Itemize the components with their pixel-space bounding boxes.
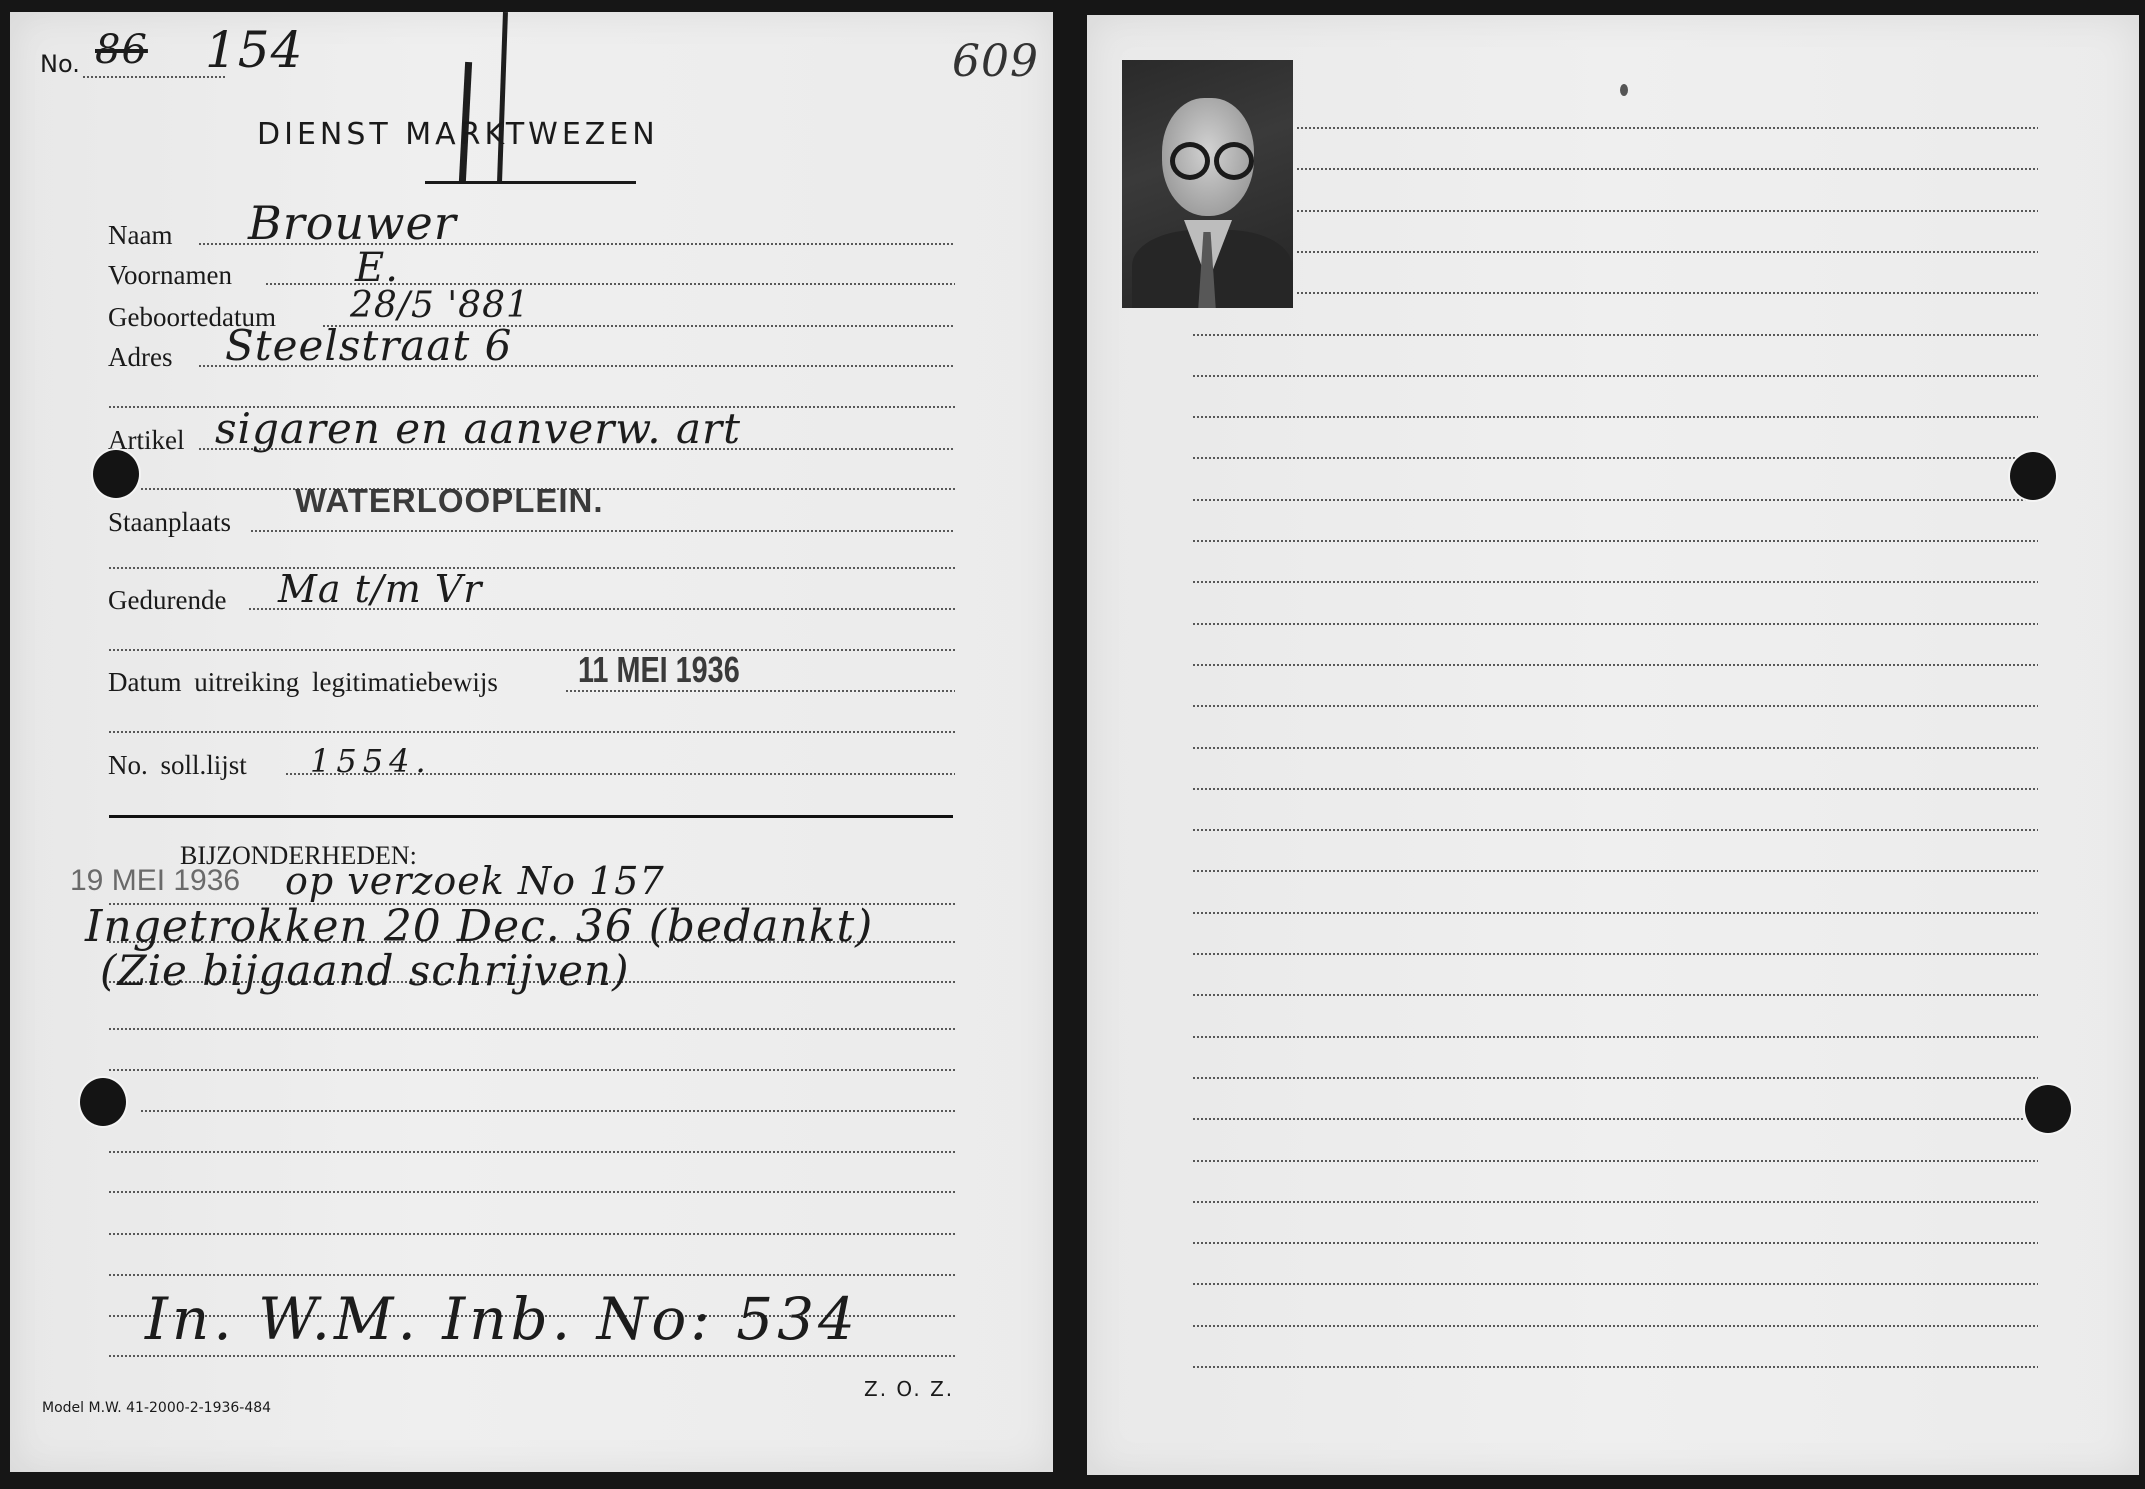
field-value-staanplaats-stamp: WATERLOOPLEIN. <box>295 484 604 517</box>
field-label-staanplaats: Staanplaats <box>108 509 231 536</box>
remark-line-2: Ingetrokken 20 Dec. 36 (bedankt) <box>85 905 873 949</box>
punch-hole <box>2010 452 2056 500</box>
field-label-voornamen: Voornamen <box>108 262 232 289</box>
remark-line <box>108 1233 955 1235</box>
punch-hole <box>2025 1085 2071 1133</box>
ruled-line <box>1192 1118 2038 1120</box>
remark-line <box>108 1151 955 1153</box>
number-value: 154 <box>205 25 303 75</box>
field-label-gedurende: Gedurende <box>108 587 226 614</box>
ruled-line <box>1192 375 2038 377</box>
remark-line <box>108 1274 955 1276</box>
ruled-line <box>1192 1366 2038 1368</box>
footer-handwriting: In. W.M. Inb. No: 534 <box>145 1290 859 1348</box>
punch-hole <box>80 1078 126 1126</box>
remark-line <box>108 1355 955 1357</box>
field-value-geboortedatum: 28/5 '881 <box>350 288 530 324</box>
ruled-line <box>1192 788 2038 790</box>
blank-line <box>108 567 955 569</box>
field-value-datum-stamp: 11 MEI 1936 <box>578 652 740 688</box>
ruled-line <box>1192 1242 2038 1244</box>
page-title: DIENST MARKTWEZEN <box>257 120 659 150</box>
ruled-line <box>1192 540 2038 542</box>
ruled-line <box>1192 499 2038 501</box>
section-divider <box>109 815 953 818</box>
zoz-note: Z. O. Z. <box>864 1377 954 1401</box>
ruled-line <box>1296 168 2038 170</box>
blank-line <box>108 731 955 733</box>
ruled-line <box>1296 210 2038 212</box>
field-line <box>565 690 955 692</box>
field-label-naam: Naam <box>108 222 172 249</box>
ruled-line <box>1296 292 2038 294</box>
field-value-naam: Brouwer <box>248 200 457 246</box>
field-label-datum-uitreiking: Datum uitreiking legitimatiebewijs <box>108 669 498 696</box>
title-underline <box>425 181 636 184</box>
ruled-line <box>1192 705 2038 707</box>
corner-number: 609 <box>952 40 1039 84</box>
ruled-line <box>1192 1283 2038 1285</box>
model-number: Model M.W. 41-2000-2-1936-484 <box>42 1400 271 1416</box>
field-value-gedurende: Ma t/m Vr <box>278 570 482 608</box>
ink-spot <box>1620 84 1628 96</box>
ruled-line <box>1192 581 2038 583</box>
ruled-line <box>1192 1077 2038 1079</box>
field-line <box>250 530 955 532</box>
ruled-line <box>1192 457 2038 459</box>
number-label: No. <box>40 52 80 76</box>
remark-line-1: op verzoek No 157 <box>285 862 665 900</box>
ruled-line <box>1192 623 2038 625</box>
remark-line <box>108 1028 955 1030</box>
ruled-line <box>1296 251 2038 253</box>
blank-line <box>108 649 955 651</box>
number-struck-value: 86 <box>95 30 148 70</box>
field-label-soll-lijst: No. soll.lijst <box>108 752 247 779</box>
ruled-line <box>1192 664 2038 666</box>
punch-hole <box>93 450 139 498</box>
field-value-artikel: sigaren en aanverw. art <box>215 408 741 450</box>
remark-line <box>108 1069 955 1071</box>
remark-date-stamp: 19 MEI 1936 <box>70 866 240 896</box>
ruled-line <box>1192 416 2038 418</box>
remark-line-3: (Zie bijgaand schrijven) <box>100 950 629 992</box>
glasses-icon <box>1170 142 1210 180</box>
remark-line <box>108 1191 955 1193</box>
ruled-line <box>1192 1201 2038 1203</box>
field-value-voornamen: E. <box>355 248 399 288</box>
ruled-line <box>1192 334 2038 336</box>
portrait-photo <box>1122 60 1293 308</box>
remark-line <box>140 1110 955 1112</box>
ruled-line <box>1192 829 2038 831</box>
ruled-line <box>1296 127 2038 129</box>
ruled-line <box>1192 994 2038 996</box>
ruled-line <box>1192 1160 2038 1162</box>
ruled-line <box>1192 912 2038 914</box>
ruled-line <box>1192 1325 2038 1327</box>
field-value-soll-lijst: 1554. <box>310 745 432 777</box>
glasses-icon <box>1214 142 1254 180</box>
field-value-adres: Steelstraat 6 <box>225 325 512 367</box>
ruled-line <box>1192 870 2038 872</box>
ruled-line <box>1192 1036 2038 1038</box>
ruled-line <box>1192 953 2038 955</box>
field-label-adres: Adres <box>108 344 172 371</box>
ruled-line <box>1192 747 2038 749</box>
